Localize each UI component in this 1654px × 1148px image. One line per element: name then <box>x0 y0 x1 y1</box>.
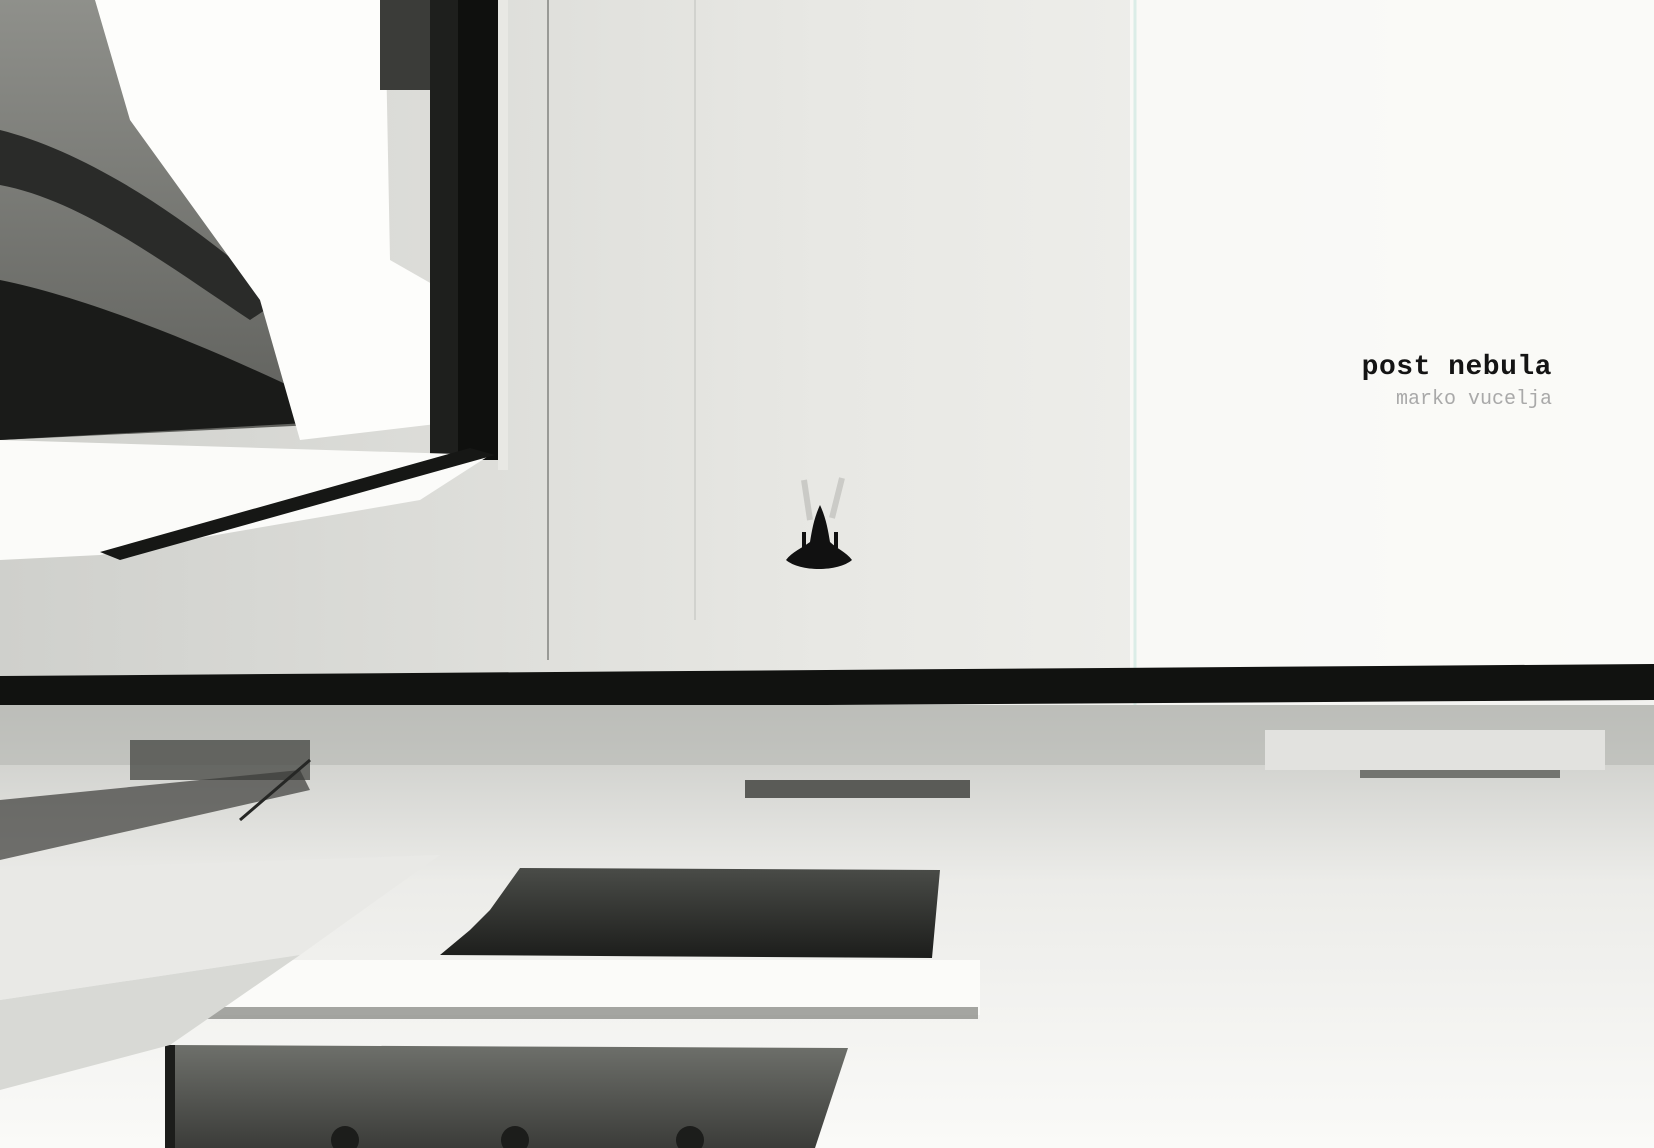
figure-silhouette-icon <box>780 470 860 580</box>
book-title: post nebula <box>1362 352 1552 384</box>
title-block: post nebula marko vucelja <box>1362 352 1552 412</box>
book-cover: post nebula marko vucelja <box>0 0 1654 1148</box>
author-name: marko vucelja <box>1362 388 1552 412</box>
